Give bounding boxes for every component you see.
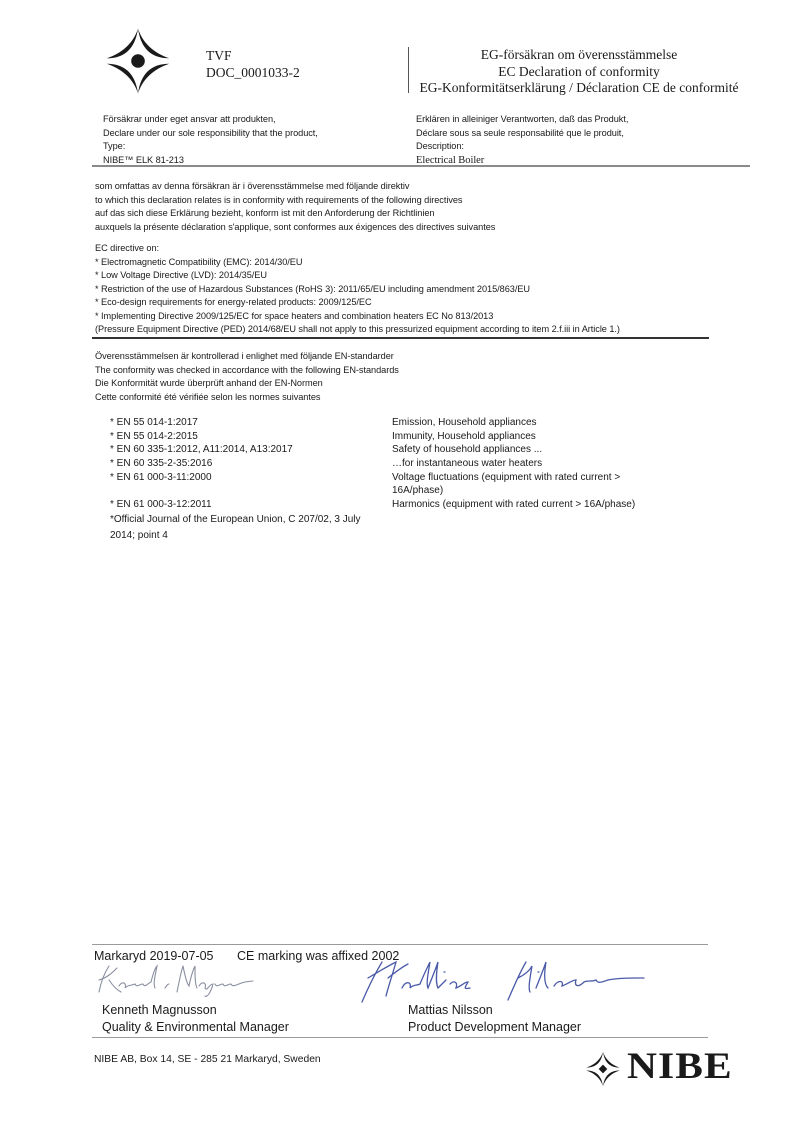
directive-item: * Low Voltage Directive (LVD): 2014/35/E… (95, 269, 620, 283)
company-address: NIBE AB, Box 14, SE - 285 21 Markaryd, S… (94, 1053, 321, 1067)
standard-description: Safety of household appliances ... (392, 443, 672, 457)
title-english: EC Declaration of conformity (414, 64, 744, 81)
standard-code: * EN 55 014-1:2017 (110, 416, 382, 430)
signatory-name: Mattias Nilsson (408, 1002, 581, 1019)
type-label: Type: (103, 140, 318, 154)
declaration-line: Declare under our sole responsibility th… (103, 127, 318, 141)
signatory-mattias-nilsson: Mattias Nilsson Product Development Mana… (408, 1002, 581, 1036)
brand-wordmark: NIBE (627, 1047, 733, 1087)
title-swedish: EG-försäkran om överensstämmelse (414, 47, 744, 64)
standard-code: * EN 60 335-2-35:2016 (110, 457, 382, 471)
nibe-star-logo-icon (104, 27, 172, 95)
handwritten-signature-icon (95, 962, 255, 1000)
standard-code: * EN 61 000-3-11:2000 (110, 471, 382, 498)
signatory-title: Product Development Manager (408, 1019, 581, 1036)
header-divider (408, 47, 409, 93)
standard-code: * EN 61 000-3-12:2011 (110, 498, 382, 512)
intro-line: to which this declaration relates is in … (95, 194, 495, 208)
directive-item: * Restriction of the use of Hazardous Su… (95, 283, 620, 297)
signatory-kenneth-magnusson: Kenneth Magnusson Quality & Environmenta… (102, 1002, 289, 1036)
intro-line: auf das sich diese Erklärung bezieht, ko… (95, 207, 495, 221)
declaration-line: Erklären in alleiniger Verantworten, daß… (416, 113, 628, 127)
standard-description: …for instantaneous water heaters (392, 457, 672, 471)
document-number: DOC_0001033-2 (206, 64, 300, 81)
directive-item: * Implementing Directive 2009/125/EC for… (95, 310, 620, 324)
standard-description: Emission, Household appliances (392, 416, 672, 430)
intro-line: auxquels la présente déclaration s'appli… (95, 221, 495, 235)
divider (92, 337, 709, 339)
directive-heading: EC directive on: (95, 242, 620, 256)
description-label: Description: (416, 140, 628, 154)
handwritten-signature-icon (358, 958, 648, 1004)
standards-intro-line: Die Konformität wurde überprüft anhand d… (95, 377, 399, 391)
nibe-star-icon (585, 1051, 621, 1087)
standard-description: Harmonics (equipment with rated current … (392, 498, 672, 512)
title-german-french: EG-Konformitätserklärung / Déclaration C… (414, 80, 744, 97)
divider (92, 1037, 708, 1038)
standards-intro-line: Cette conformité été vérifiée selon les … (95, 391, 399, 405)
directive-item: * Electromagnetic Compatibility (EMC): 2… (95, 256, 620, 270)
divider (92, 165, 750, 167)
declaration-line: Försäkrar under eget ansvar att produkte… (103, 113, 318, 127)
standards-footnote: *Official Journal of the European Union,… (110, 512, 382, 544)
directive-note: (Pressure Equipment Directive (PED) 2014… (95, 323, 620, 337)
standards-intro-line: The conformity was checked in accordance… (95, 364, 399, 378)
signatory-name: Kenneth Magnusson (102, 1002, 289, 1019)
conformity-intro: som omfattas av denna försäkran är i öve… (95, 180, 495, 234)
product-declaration-left: Försäkrar under eget ansvar att produkte… (103, 113, 318, 167)
standards-intro-line: Överensstämmelsen är kontrollerad i enli… (95, 350, 399, 364)
standards-descriptions: Emission, Household appliances Immunity,… (392, 416, 672, 512)
standard-code: * EN 60 335-1:2012, A11:2014, A13:2017 (110, 443, 382, 457)
divider (92, 944, 708, 945)
nibe-brand-logo: NIBE (585, 1049, 740, 1087)
standards-intro: Överensstämmelsen är kontrollerad i enli… (95, 350, 399, 404)
declaration-line: Déclare sous sa seule responsabilité que… (416, 127, 628, 141)
signatory-title: Quality & Environmental Manager (102, 1019, 289, 1036)
standard-code: * EN 55 014-2:2015 (110, 430, 382, 444)
document-type: TVF (206, 47, 300, 64)
document-id-block: TVF DOC_0001033-2 (206, 47, 300, 81)
standard-description: Voltage fluctuations (equipment with rat… (392, 471, 654, 498)
standards-codes: * EN 55 014-1:2017 * EN 55 014-2:2015 * … (110, 416, 382, 544)
product-declaration-right: Erklären in alleiniger Verantworten, daß… (416, 113, 628, 167)
directive-item: * Eco-design requirements for energy-rel… (95, 296, 620, 310)
intro-line: som omfattas av denna försäkran är i öve… (95, 180, 495, 194)
document-title: EG-försäkran om överensstämmelse EC Decl… (414, 47, 744, 97)
standard-description: Immunity, Household appliances (392, 430, 672, 444)
directive-list: EC directive on: * Electromagnetic Compa… (95, 242, 620, 337)
